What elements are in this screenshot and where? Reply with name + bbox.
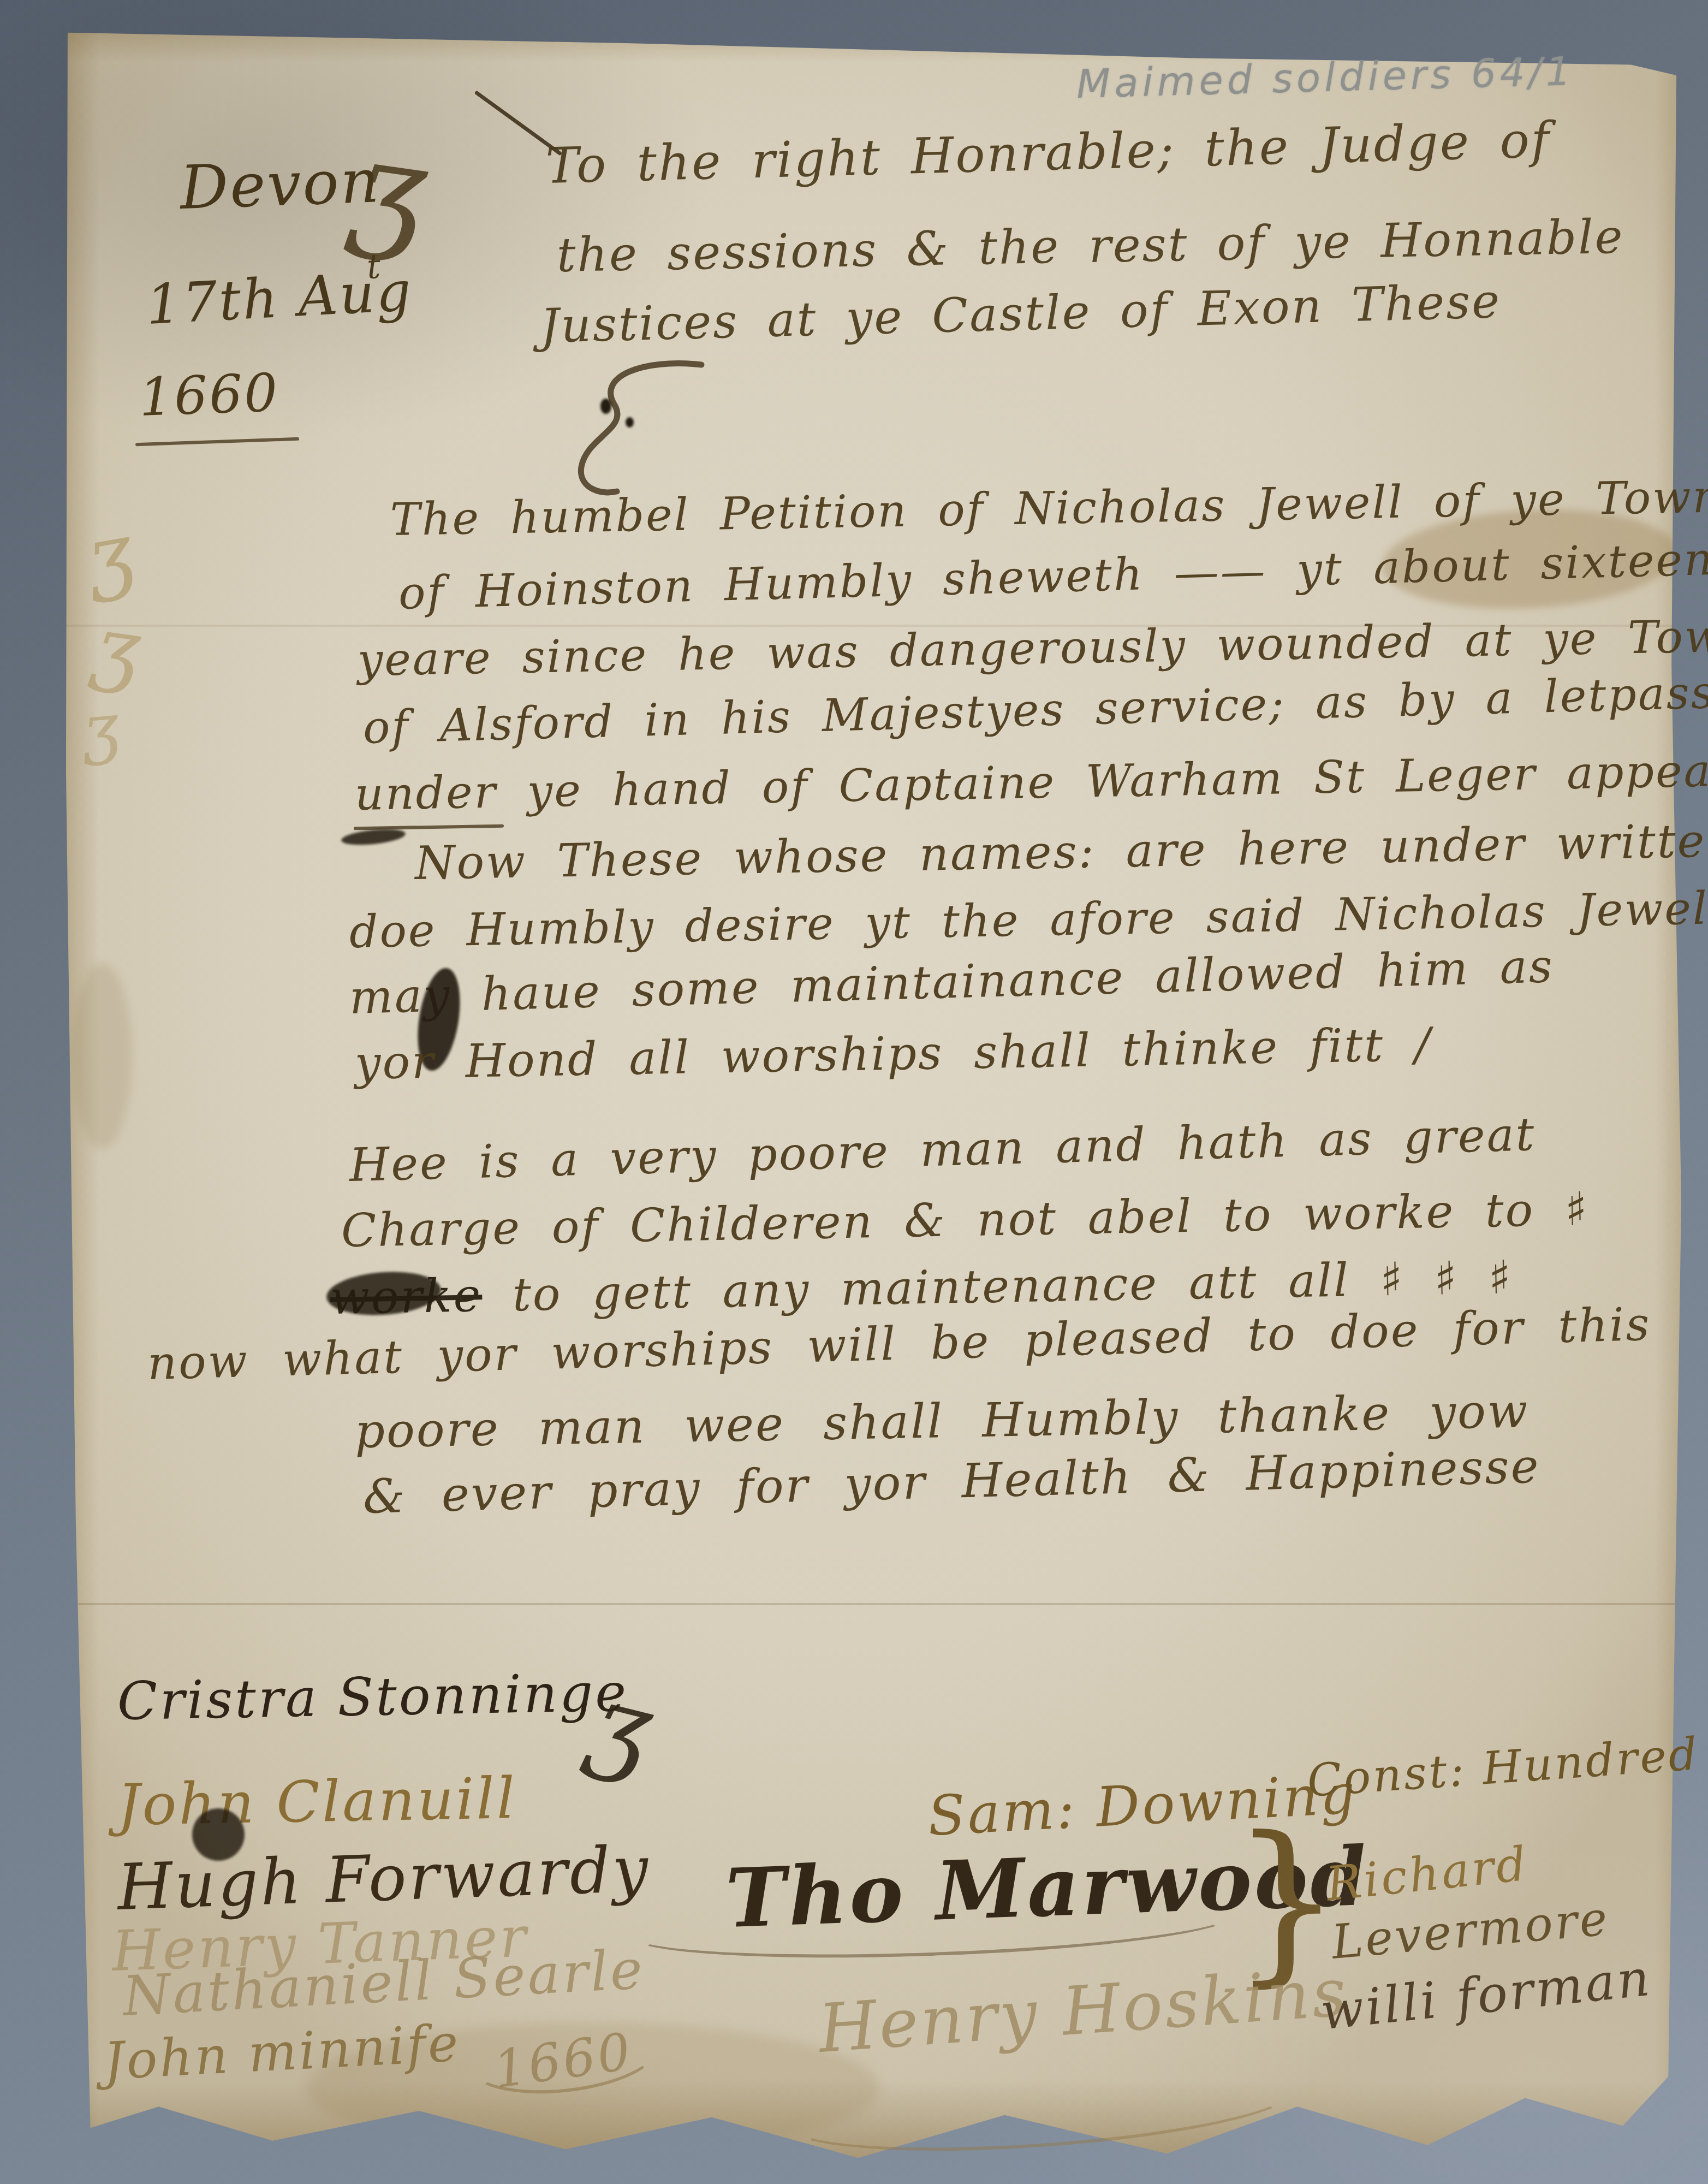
manuscript-scan-page: Maimed soldiers 64/1 Devon ʒ 17th Aug t … [0,0,1708,2184]
left-margin-stain [72,963,132,1149]
margin-year: 1660 [138,362,280,428]
signature-clanuill: John Clanuill [117,1765,517,1838]
heading-flourish [565,355,718,502]
signature-stonninge: Cristra Stonninge [117,1662,629,1732]
fold-crease-lower [61,1603,1688,1605]
ink-speck-1 [600,399,611,414]
margin-curl-3: ʒ [79,689,122,768]
margin-date-superscript: t [366,246,383,287]
ink-speck-2 [626,417,634,428]
paper-edge-left [61,24,99,2162]
paper-edge-right [1655,24,1688,2162]
